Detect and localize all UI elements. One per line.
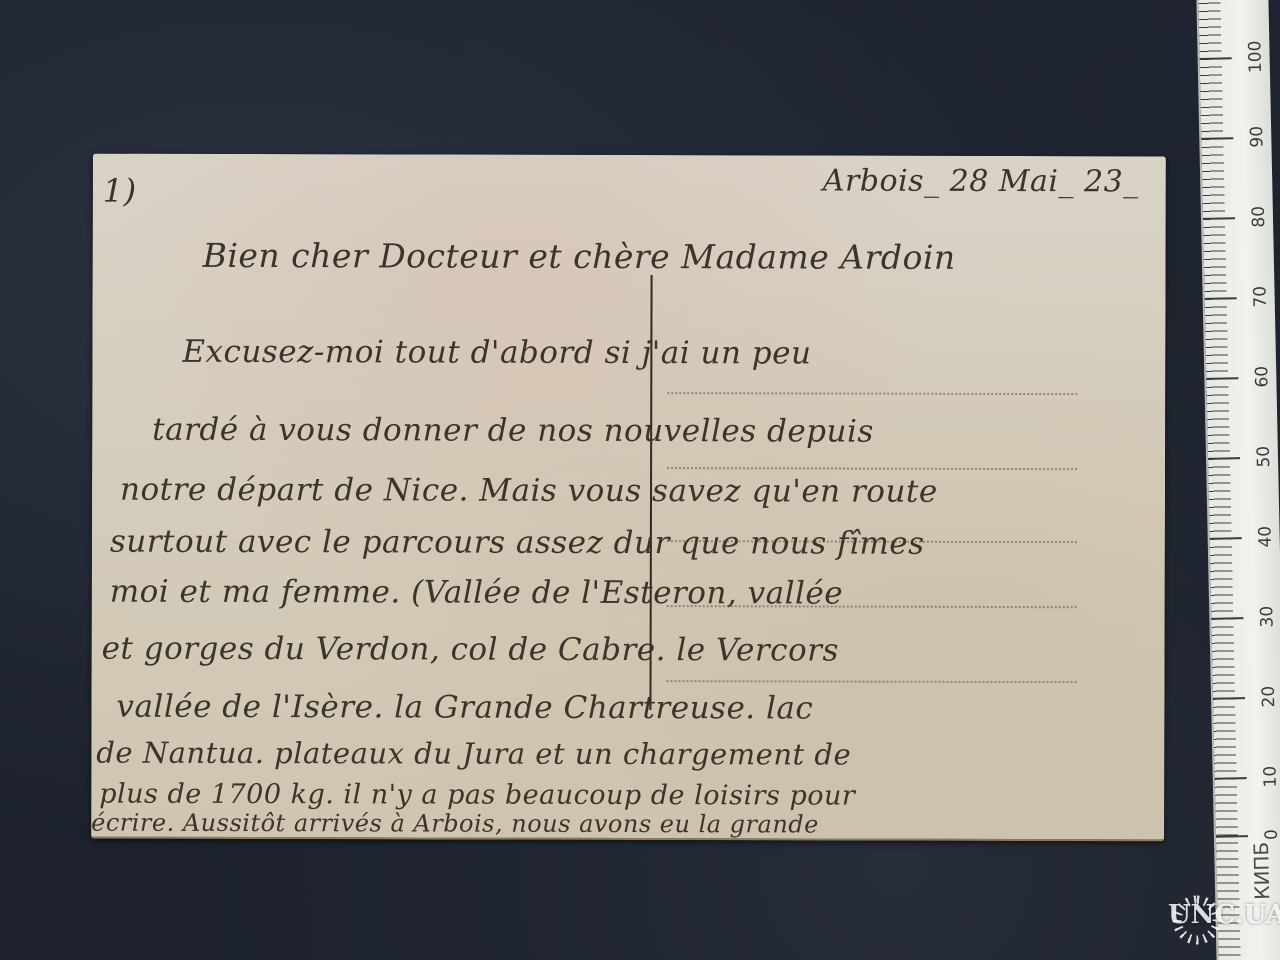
ruler-label: 50: [1254, 436, 1275, 476]
letter-line: notre départ de Nice. Mais vous savez qu…: [120, 472, 938, 510]
page-number: 1): [103, 172, 137, 210]
watermark: UNC.UA: [1168, 900, 1280, 930]
letter-line: plus de 1700 kg. il n'y a pas beaucoup d…: [99, 779, 855, 812]
address-line: [667, 680, 1077, 683]
letter-line: de Nantua. plateaux du Jura et un charge…: [96, 736, 851, 772]
ruler-label: 80: [1249, 197, 1270, 237]
ruler-label: 20: [1259, 676, 1280, 716]
address-line: [667, 392, 1077, 395]
ruler: 100 90 80 70 60 50 40 30 20 10 0 КИПБ: [1196, 0, 1280, 960]
letter-line: vallée de l'Isère. la Grande Chartreuse.…: [116, 689, 813, 727]
ruler-label: 10: [1260, 756, 1280, 796]
date-line: Arbois_ 28 Mai_ 23_: [823, 164, 1139, 200]
letter-line: écrire. Aussitôt arrivés à Arbois, nous …: [91, 809, 819, 839]
letter-line: Excusez-moi tout d'abord si j'ai un peu: [182, 334, 811, 372]
ruler-label: 40: [1255, 516, 1276, 556]
ruler-label: 70: [1250, 277, 1271, 317]
letter-line: tardé à vous donner de nos nouvelles dep…: [152, 412, 874, 450]
ruler-brand-mark: КИПБ: [1249, 842, 1274, 900]
ruler-label: 90: [1247, 117, 1268, 157]
postcard: 1) Arbois_ 28 Mai_ 23_ Bien cher Docteur…: [91, 154, 1166, 842]
ruler-label: 100: [1245, 37, 1266, 77]
letter-line: moi et ma femme. (Vallée de l'Esteron, v…: [110, 574, 843, 612]
letter-line: surtout avec le parcours assez dur que n…: [110, 524, 925, 562]
ruler-label: 60: [1252, 356, 1273, 396]
greeting: Bien cher Docteur et chère Madame Ardoin: [203, 236, 956, 277]
letter-line: et gorges du Verdon, col de Cabre. le Ve…: [102, 631, 839, 669]
ruler-label: 30: [1257, 596, 1278, 636]
address-line: [667, 467, 1077, 470]
